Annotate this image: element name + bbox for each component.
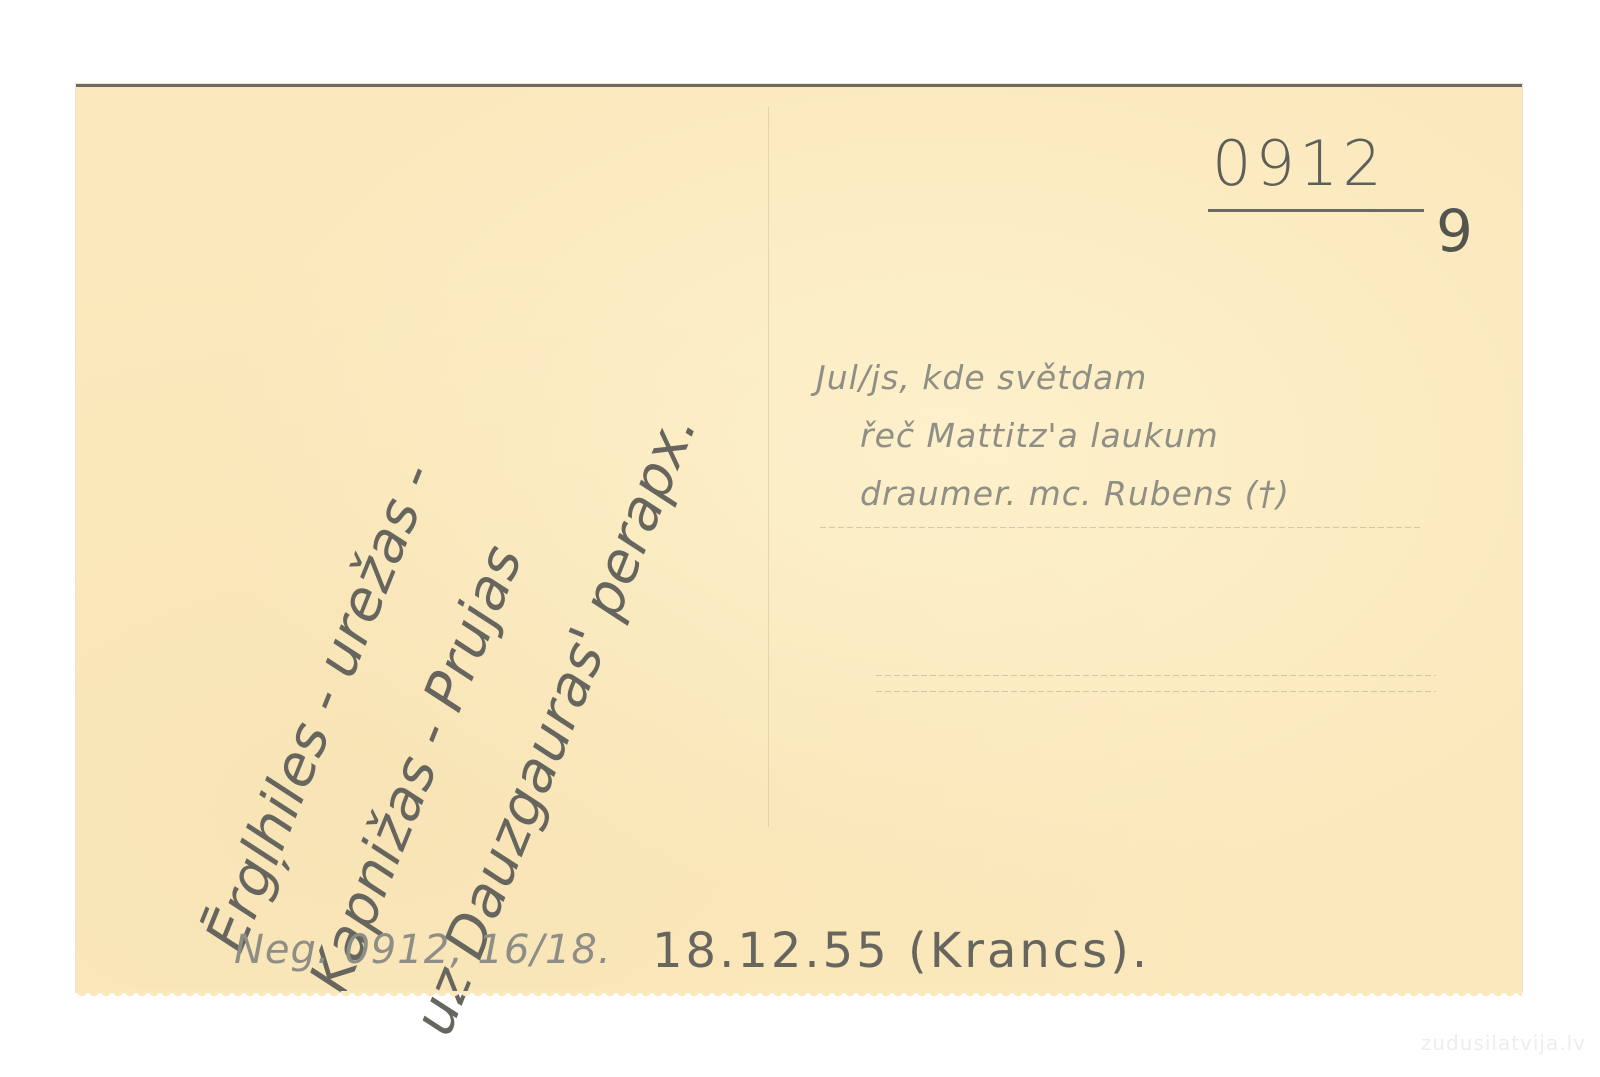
address-line [876,691,1436,692]
watermark: zudusilatvija.lv [1421,1031,1586,1055]
note-line: Jul/js, kde světdam [816,349,1290,407]
address-line [876,675,1436,676]
handwritten-note: Jul/js, kde světdam řeč Mattitz'a laukum… [816,349,1290,523]
note-line: draumer. mc. Rubens (†) [816,465,1290,523]
date-reference: 18.12.55 (Krancs). [652,923,1150,979]
negative-reference: Neg. 0912, 16/18. [234,927,612,973]
archive-number-underline [1208,209,1424,212]
address-line [820,527,1420,528]
note-line: řeč Mattitz'a laukum [816,407,1290,465]
archive-number: 0912 [1212,127,1386,200]
postcard-back: 0912 9 Jul/js, kde světdam řeč Mattitz'a… [76,84,1522,992]
center-divider-line [768,107,769,827]
archive-sub-number: 9 [1436,197,1473,265]
